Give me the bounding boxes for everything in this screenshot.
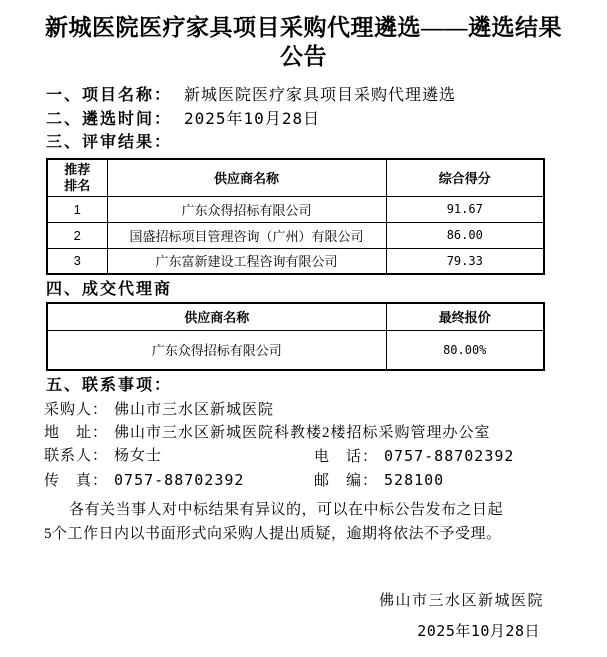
contact-info: 采购人：佛山市三水区新城医院 地 址：佛山市三水区新城医院科教楼2楼招标采购管理… (44, 399, 607, 493)
score-column-header: 综合得分 (386, 159, 544, 196)
contact-person-label: 联系人： (44, 448, 108, 464)
supplier-column-header: 供应商名称 (47, 303, 386, 330)
announcement-document: 新城医院医疗家具项目采购代理遴选——遴选结果公告 一、项目名称：新城医院医疗家具… (0, 0, 607, 657)
address-label: 地 址： (44, 425, 108, 441)
title-line-2: 公告 (280, 44, 327, 69)
rank-cell: 2 (47, 222, 107, 248)
objection-notice: 各有关当事人对中标结果有异议的，可以在中标公告发布之日起 5个工作日内以书面形式… (44, 498, 544, 546)
project-name-label: 一、项目名称： (46, 87, 172, 104)
meta-section: 一、项目名称：新城医院医疗家具项目采购代理遴选 二、遴选时间：2025年10月2… (46, 84, 607, 154)
review-results-table: 推荐 排名 供应商名称 综合得分 1 广东众得招标有限公司 91.67 2 国盛… (46, 158, 545, 275)
person-phone-row: 联系人：杨女士 电 话：0757-88702392 (44, 445, 607, 469)
title-line-1: 新城医院医疗家具项目采购代理遴选——遴选结果 (45, 15, 562, 40)
postcode-label: 邮 编： (314, 473, 378, 489)
deal-table-header-row: 供应商名称 最终报价 (47, 303, 544, 330)
phone-label: 电 话： (314, 449, 378, 465)
score-cell: 91.67 (386, 196, 544, 222)
supplier-column-header: 供应商名称 (107, 159, 386, 196)
supplier-cell: 广东众得招标有限公司 (47, 330, 386, 370)
supplier-cell: 广东富新建设工程咨询有限公司 (107, 248, 386, 274)
score-cell: 79.33 (386, 248, 544, 274)
signature-date: 2025年10月28日 (379, 616, 544, 646)
page-title: 新城医院医疗家具项目采购代理遴选——遴选结果公告 (0, 0, 607, 71)
signature-org: 佛山市三水区新城医院 (379, 586, 544, 616)
final-quote-cell: 80.00% (386, 330, 544, 370)
selection-date-value: 2025年10月28日 (184, 109, 320, 128)
address-row: 地 址：佛山市三水区新城医院科教楼2楼招标采购管理办公室 (44, 422, 607, 445)
signature-block: 佛山市三水区新城医院 2025年10月28日 (379, 586, 544, 646)
deal-agent-table: 供应商名称 最终报价 广东众得招标有限公司 80.00% (46, 302, 545, 371)
address-value: 佛山市三水区新城医院科教楼2楼招标采购管理办公室 (114, 425, 491, 441)
score-cell: 86.00 (386, 222, 544, 248)
rank-column-header: 推荐 排名 (47, 159, 107, 196)
purchaser-field: 采购人：佛山市三水区新城医院 (44, 399, 274, 422)
purchaser-value: 佛山市三水区新城医院 (114, 402, 274, 418)
final-quote-column-header: 最终报价 (386, 303, 544, 330)
fax-label: 传 真： (44, 473, 108, 489)
supplier-cell: 国盛招标项目管理咨询（广州）有限公司 (107, 222, 386, 248)
contact-person-value: 杨女士 (114, 448, 162, 464)
postcode-value: 528100 (384, 471, 444, 489)
field-project-name: 一、项目名称：新城医院医疗家具项目采购代理遴选 (46, 84, 607, 107)
field-selection-date: 二、遴选时间：2025年10月28日 (46, 107, 607, 131)
deal-table-row: 广东众得招标有限公司 80.00% (47, 330, 544, 370)
review-results-label: 三、评审结果： (46, 134, 172, 151)
review-table-row: 3 广东富新建设工程咨询有限公司 79.33 (47, 248, 544, 274)
postcode-field: 邮 编：528100 (314, 469, 444, 493)
review-table-row: 2 国盛招标项目管理咨询（广州）有限公司 86.00 (47, 222, 544, 248)
purchaser-row: 采购人：佛山市三水区新城医院 (44, 399, 607, 422)
deal-agent-heading: 四、成交代理商 (46, 280, 607, 299)
supplier-cell: 广东众得招标有限公司 (107, 196, 386, 222)
phone-field: 电 话：0757-88702392 (314, 445, 514, 469)
address-field: 地 址：佛山市三水区新城医院科教楼2楼招标采购管理办公室 (44, 422, 491, 445)
fax-postcode-row: 传 真：0757-88702392 邮 编：528100 (44, 469, 607, 493)
purchaser-label: 采购人： (44, 402, 108, 418)
review-table-header-row: 推荐 排名 供应商名称 综合得分 (47, 159, 544, 196)
contact-person-field: 联系人：杨女士 (44, 445, 314, 469)
phone-value: 0757-88702392 (384, 447, 514, 465)
fax-value: 0757-88702392 (114, 471, 244, 489)
project-name-value: 新城医院医疗家具项目采购代理遴选 (184, 87, 456, 104)
rank-cell: 3 (47, 248, 107, 274)
fax-field: 传 真：0757-88702392 (44, 469, 314, 493)
contact-matters-heading: 五、联系事项： (46, 376, 607, 395)
rank-cell: 1 (47, 196, 107, 222)
review-results-heading: 三、评审结果： (46, 131, 607, 154)
selection-date-label: 二、遴选时间： (46, 111, 172, 128)
review-table-row: 1 广东众得招标有限公司 91.67 (47, 196, 544, 222)
